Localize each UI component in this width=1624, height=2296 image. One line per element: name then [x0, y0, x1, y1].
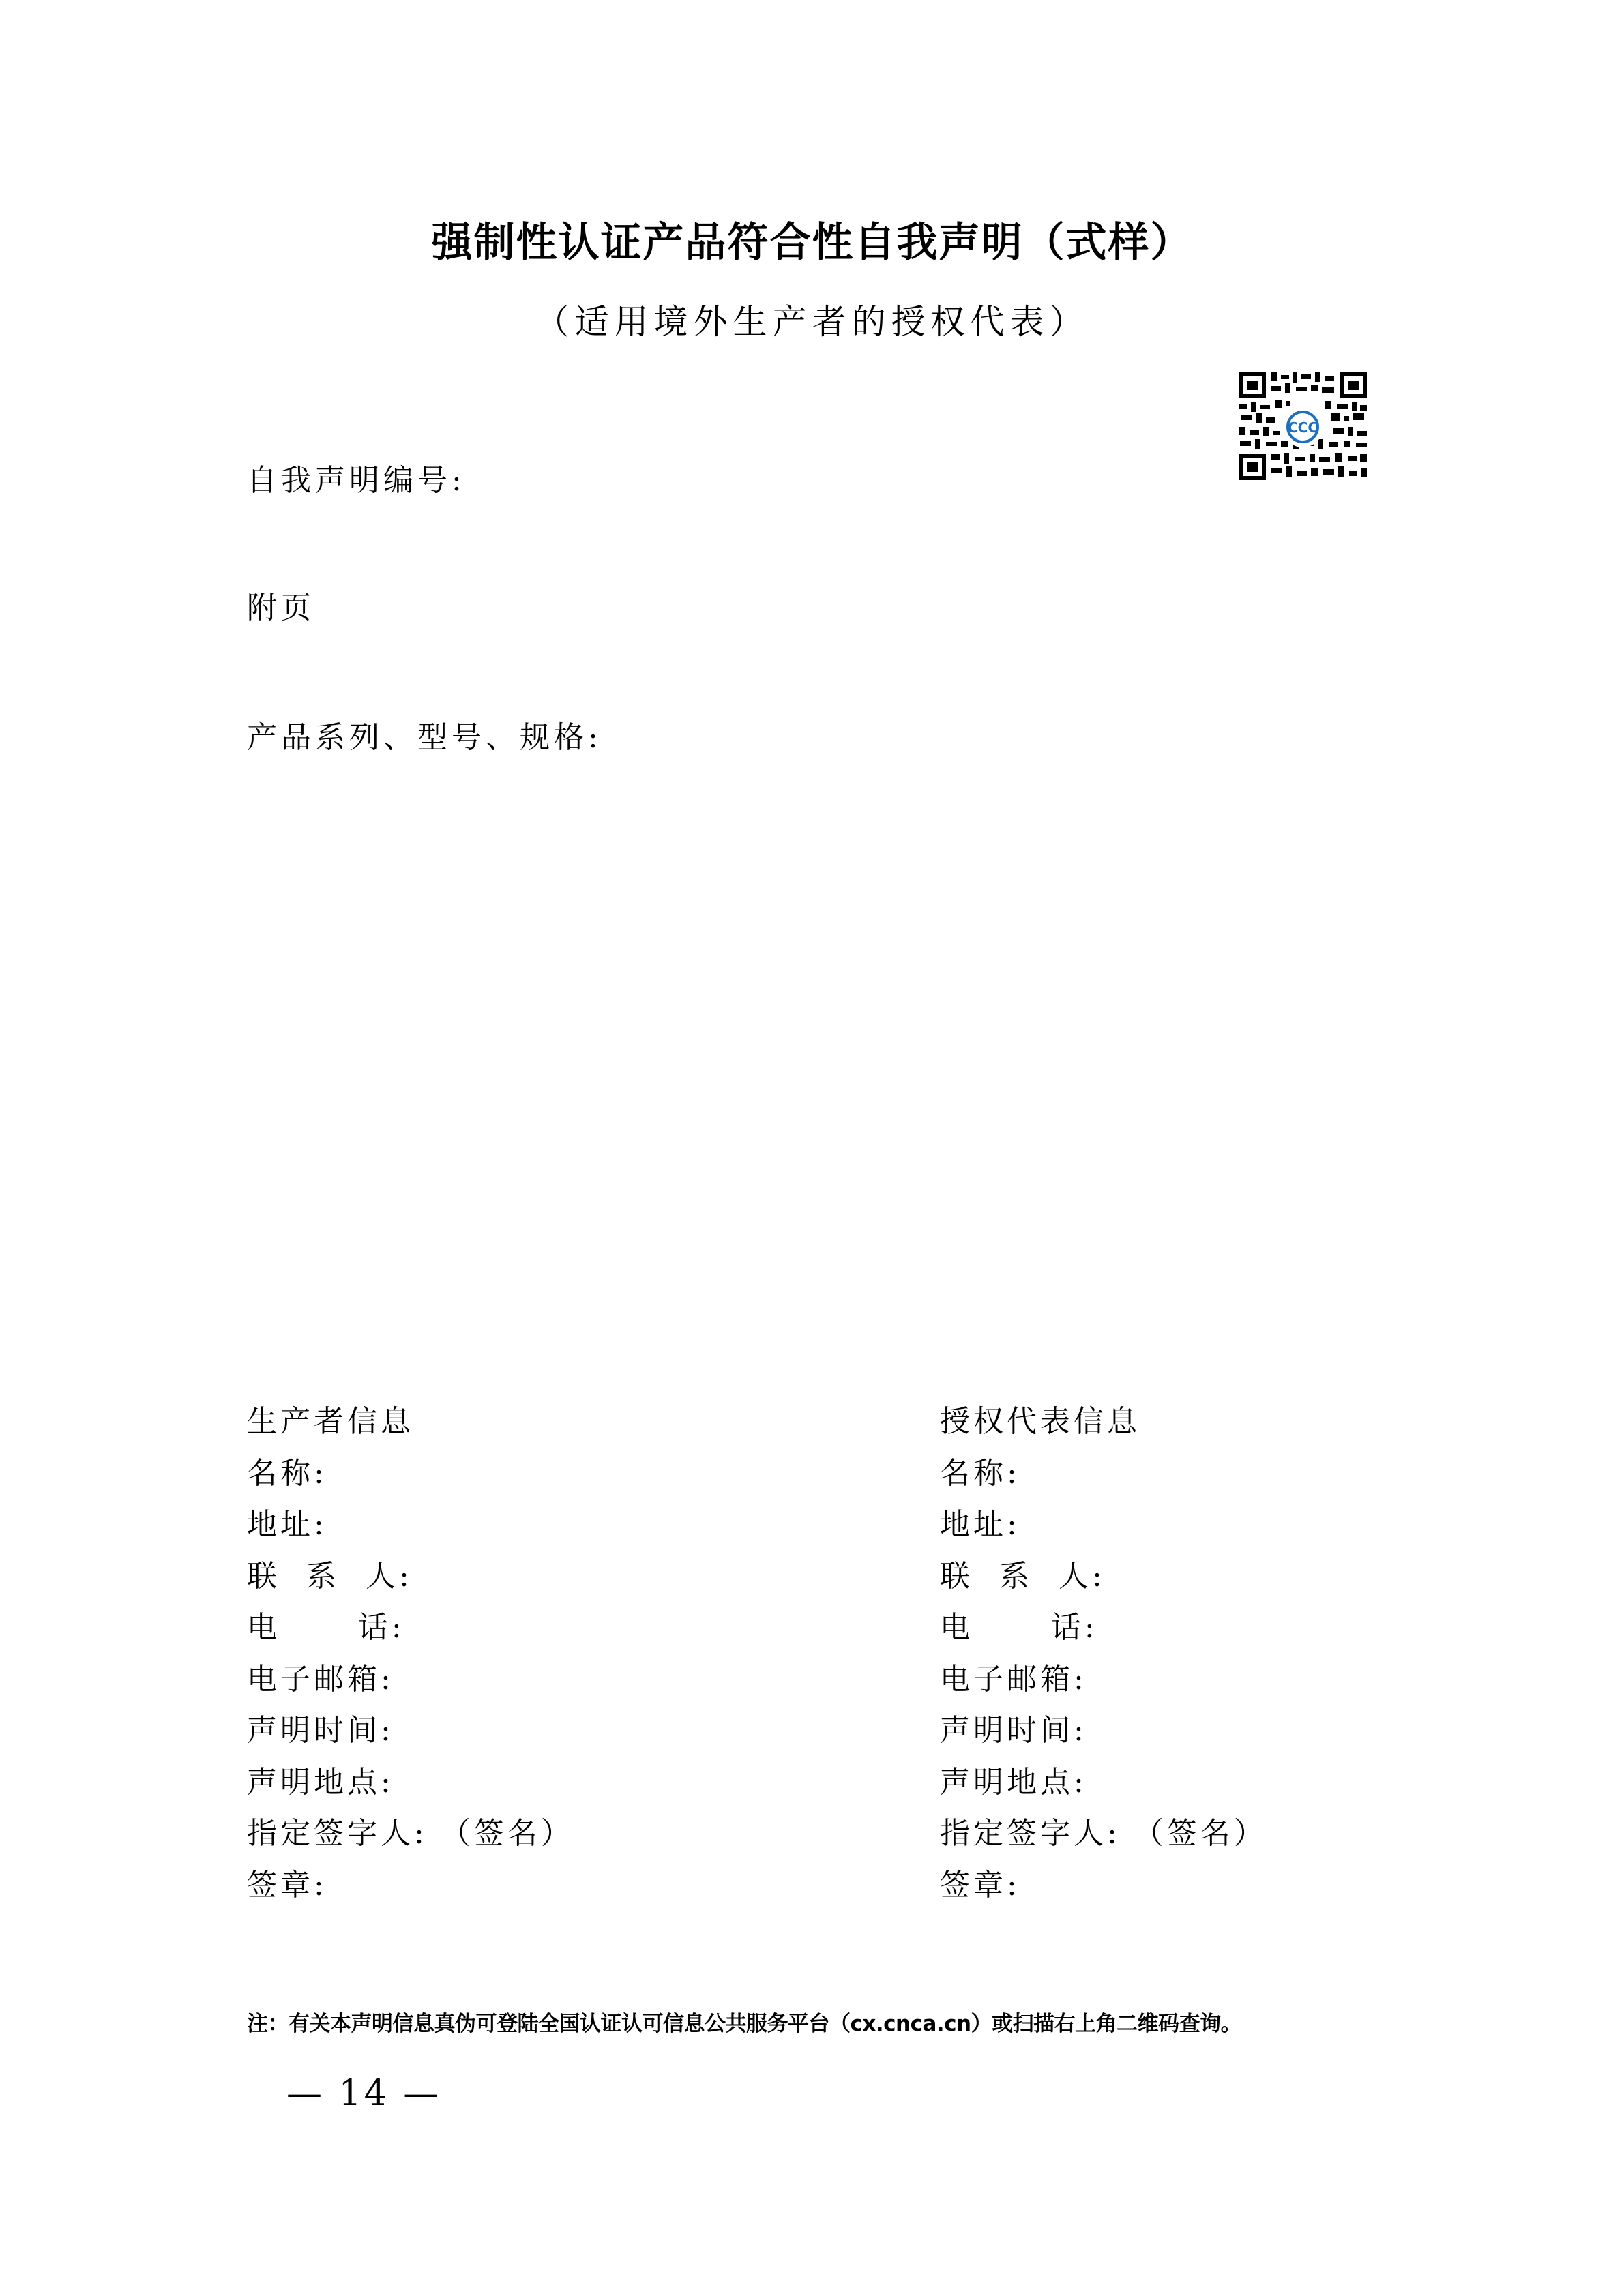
- appendix-label: 附页: [247, 583, 315, 627]
- representative-info-heading: 授权代表信息: [940, 1401, 1267, 1453]
- producer-declaration-date-field: 声明时间:: [247, 1710, 574, 1762]
- representative-signatory-field: 指定签字人: （签名）: [940, 1813, 1267, 1865]
- producer-name-field: 名称:: [247, 1453, 574, 1505]
- representative-address-field: 地址:: [940, 1504, 1267, 1556]
- producer-phone-field: 电 话:: [247, 1607, 574, 1659]
- representative-phone-field: 电 话:: [940, 1607, 1267, 1659]
- svg-text:CCC: CCC: [1288, 419, 1318, 436]
- representative-seal-field: 签章:: [940, 1865, 1267, 1917]
- representative-declaration-date-field: 声明时间:: [940, 1710, 1267, 1762]
- producer-signatory-field: 指定签字人: （签名）: [247, 1813, 574, 1865]
- producer-email-field: 电子邮箱:: [247, 1659, 574, 1711]
- page-number: — 14 —: [286, 2073, 441, 2114]
- producer-declaration-place-field: 声明地点:: [247, 1762, 574, 1814]
- representative-declaration-place-field: 声明地点:: [940, 1762, 1267, 1814]
- document-title: 强制性认证产品符合性自我声明（式样）: [0, 210, 1624, 269]
- producer-info-heading: 生产者信息: [247, 1401, 574, 1453]
- producer-address-field: 地址:: [247, 1504, 574, 1556]
- document-subtitle: （适用境外生产者的授权代表）: [0, 295, 1624, 344]
- producer-info-section: 生产者信息 名称: 地址: 联 系 人: 电 话: 电子邮箱: 声明时间: 声明…: [247, 1401, 574, 1916]
- qr-code-icon[interactable]: CCC: [1236, 370, 1370, 483]
- representative-email-field: 电子邮箱:: [940, 1659, 1267, 1711]
- product-series-label: 产品系列、型号、规格:: [247, 713, 602, 756]
- verification-note: 注：有关本声明信息真伪可登陆全国认证认可信息公共服务平台（cx.cnca.cn）…: [247, 2006, 1241, 2037]
- representative-contact-field: 联 系 人:: [940, 1556, 1267, 1608]
- representative-info-section: 授权代表信息 名称: 地址: 联 系 人: 电 话: 电子邮箱: 声明时间: 声…: [940, 1401, 1267, 1916]
- producer-seal-field: 签章:: [247, 1865, 574, 1917]
- producer-contact-field: 联 系 人:: [247, 1556, 574, 1608]
- declaration-number-label: 自我声明编号:: [247, 456, 466, 499]
- representative-name-field: 名称:: [940, 1453, 1267, 1505]
